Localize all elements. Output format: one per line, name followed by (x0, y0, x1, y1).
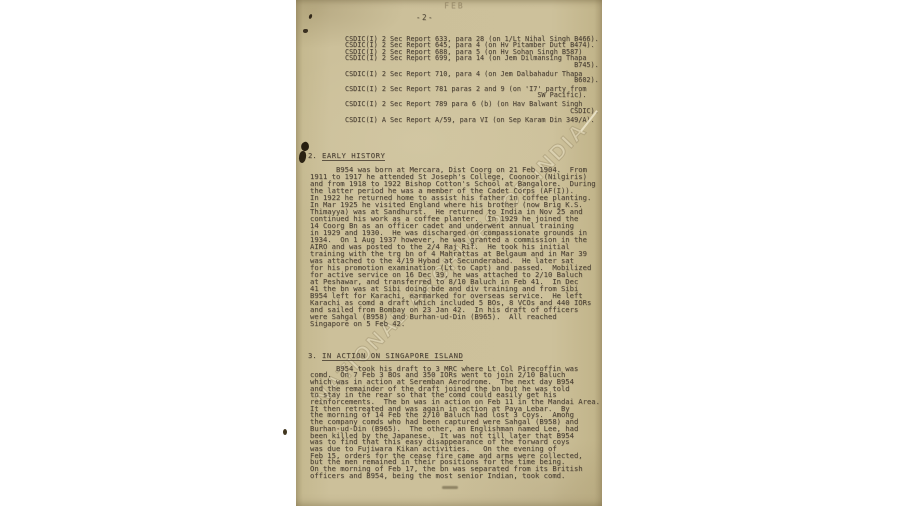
ink-blot (299, 142, 310, 164)
report-reference: CSDIC(I) 2 Sec Report 789 para 6 (b) (on… (345, 101, 599, 114)
section-title: IN ACTION ON SINGAPORE ISLAND (322, 352, 463, 361)
section-heading: 2. EARLY HISTORY (296, 152, 602, 160)
page-number: -2- (416, 13, 434, 22)
section-body: B954 was born at Mercara, Dist Coorg on … (310, 166, 602, 327)
ink-speck (283, 429, 287, 435)
section-body: B954 took his draft to 3 MRC where Lt Co… (310, 366, 602, 480)
report-reference: CSDIC(I) A Sec Report A/59, para VI (on … (345, 117, 599, 123)
section-heading: 3. IN ACTION ON SINGAPORE ISLAND (296, 352, 602, 360)
ink-blot-part (298, 150, 307, 163)
ink-speck (303, 29, 308, 33)
section-title: EARLY HISTORY (322, 152, 385, 161)
report-reference: CSDIC(I) 2 Sec Report 781 paras 2 and 9 … (345, 86, 599, 99)
section-action-singapore: 3. IN ACTION ON SINGAPORE ISLAND B954 to… (296, 352, 602, 479)
report-reference: CSDIC(I) 2 Sec Report 710, para 4 (on Je… (345, 71, 599, 84)
ink-smudge (442, 486, 458, 489)
report-references-list: CSDIC(I) 2 Sec Report 633, para 28 (on 1… (345, 36, 599, 123)
section-early-history: 2. EARLY HISTORY B954 was born at Mercar… (296, 152, 602, 327)
document-page: NATIONAL ARCHIVES OF INDIA FEB -2- CSDIC… (296, 0, 602, 506)
scan-canvas: NATIONAL ARCHIVES OF INDIA FEB -2- CSDIC… (0, 0, 900, 506)
section-number: 3. (308, 352, 317, 359)
ghost-stamp: FEB (444, 1, 464, 10)
ink-speck (308, 14, 313, 20)
report-reference: CSDIC(I) 2 Sec Report 699, para 14 (on J… (345, 55, 599, 68)
